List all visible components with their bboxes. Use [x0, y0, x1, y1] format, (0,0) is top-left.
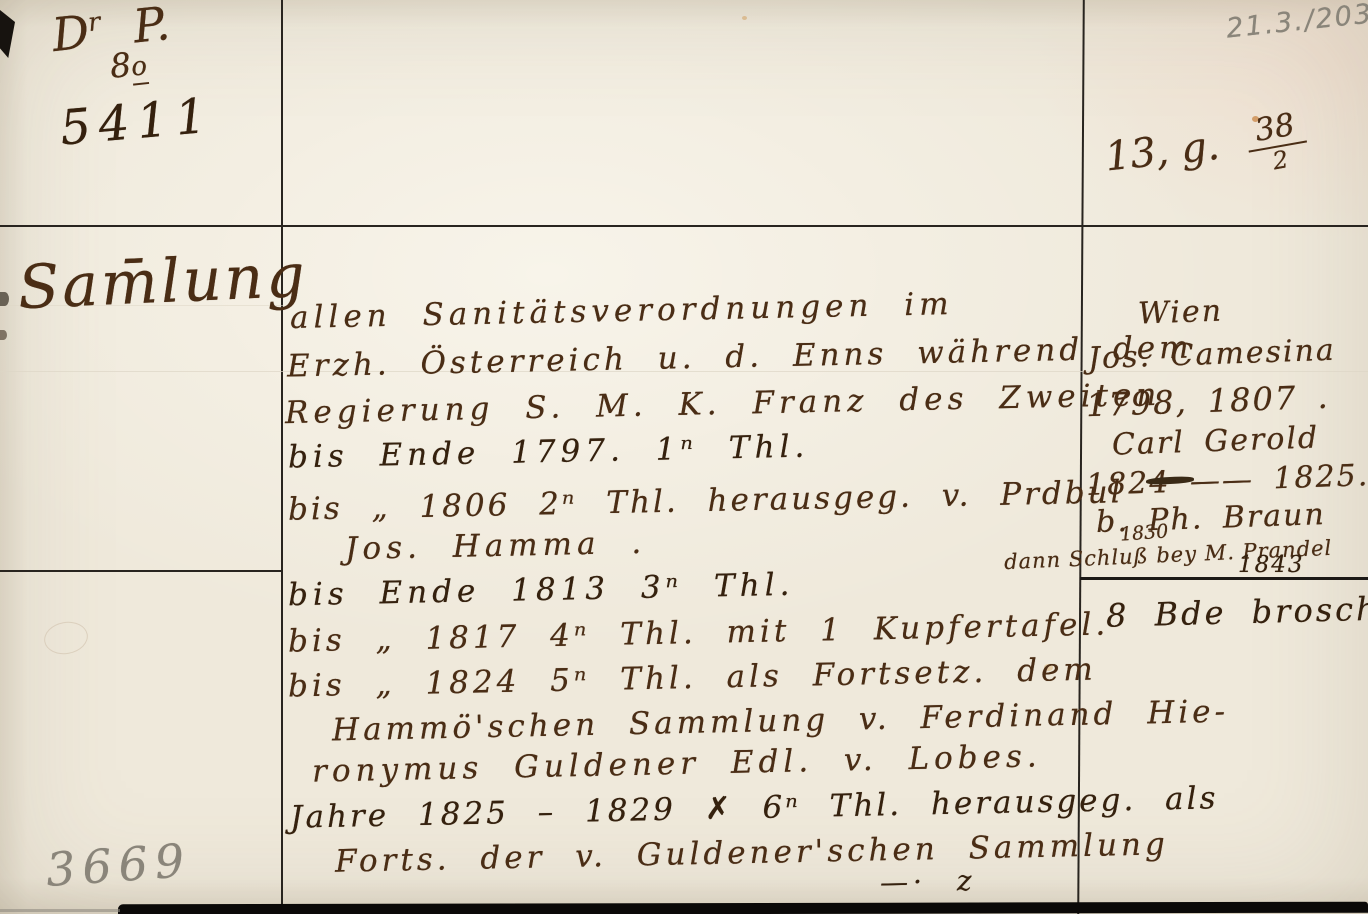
scan-edge-mark — [0, 330, 7, 340]
catalog-card-scan: Dr P. 8o 5411 21.3./203 13, g. 38 2 Sam̄… — [0, 0, 1368, 914]
fox-spot — [742, 16, 747, 20]
scan-bottom-band-left — [0, 909, 120, 912]
insert-year-top: 1830 — [1119, 522, 1169, 544]
heading-sammlung: Sam̄lung — [17, 246, 309, 319]
pencil-oval-mark — [42, 618, 91, 657]
column-divider-right — [1077, 0, 1085, 914]
acquisition-date-text: 13, g. — [1103, 123, 1222, 181]
left-cell-divider — [0, 570, 282, 572]
right-cell-divider — [1080, 577, 1368, 580]
entry-line-11: ronymus Guldener Edl. v. Lobes. — [312, 741, 1042, 787]
doctor-mark-sup: r — [87, 7, 102, 37]
entry-line-9: bis „ 1824 5ⁿ Thl. als Fortsetz. dem — [288, 655, 1097, 703]
scan-corner-mark — [0, 10, 15, 58]
entry-line-5: bis „ 1806 2ⁿ Thl. herausgeg. v. Prdbul — [288, 477, 1124, 525]
scan-bottom-band — [118, 902, 1368, 914]
entry-end-flourish: —· z — [880, 867, 977, 897]
entry-line-6: Jos. Hamma . — [345, 528, 647, 565]
format-mark-sup: o — [130, 51, 149, 85]
header-divider — [0, 225, 1368, 227]
entry-line-4: bis Ende 1797. 1ⁿ Thl. — [288, 432, 810, 474]
format-mark-number: 8 — [108, 45, 133, 86]
acquisition-fraction: 38 2 — [1243, 108, 1312, 177]
column-divider-left — [281, 0, 283, 914]
doctor-mark-rest: P. — [131, 0, 173, 53]
pencil-reference: 21.3./203 — [1225, 0, 1368, 42]
doctor-mark-letter: D — [50, 4, 92, 62]
acquisition-date: 13, g. 38 2 — [1102, 110, 1310, 191]
entry-line-3: Regierung S. M. K. Franz des Zweiten — [285, 380, 1162, 429]
entry-line-7: bis Ende 1813 3ⁿ Thl. — [288, 570, 795, 612]
insert-year-bottom: 1843 — [1238, 554, 1305, 577]
format-mark: 8o — [108, 46, 148, 83]
publisher-1-years: 1798, 1807 . — [1086, 381, 1331, 421]
publisher-2-years: 1824 —— 1825. — [1086, 461, 1368, 501]
shelf-number: 5411 — [58, 91, 216, 152]
scan-edge-mark — [0, 292, 9, 306]
pencil-inventory-number: 3669 — [45, 837, 193, 893]
entry-line-8: bis „ 1817 4ⁿ Thl. mit 1 Kupfertafel. — [288, 609, 1110, 657]
publication-place: Wien — [1138, 297, 1224, 330]
entry-line-2: Erzh. Österreich u. d. Enns während dem — [287, 333, 1193, 383]
entry-line-13: Forts. der v. Guldener'schen Sammlung — [335, 829, 1169, 877]
publisher-1: Jos. Camesina — [1088, 336, 1337, 375]
publisher-2: Carl Gerold — [1112, 423, 1320, 460]
entry-line-1: allen Sanitätsverordnungen im — [290, 289, 954, 334]
binding-note: 8 Bde brosch. — [1106, 592, 1368, 631]
entry-line-10: Hammö'schen Sammlung v. Ferdinand Hie- — [332, 697, 1230, 747]
